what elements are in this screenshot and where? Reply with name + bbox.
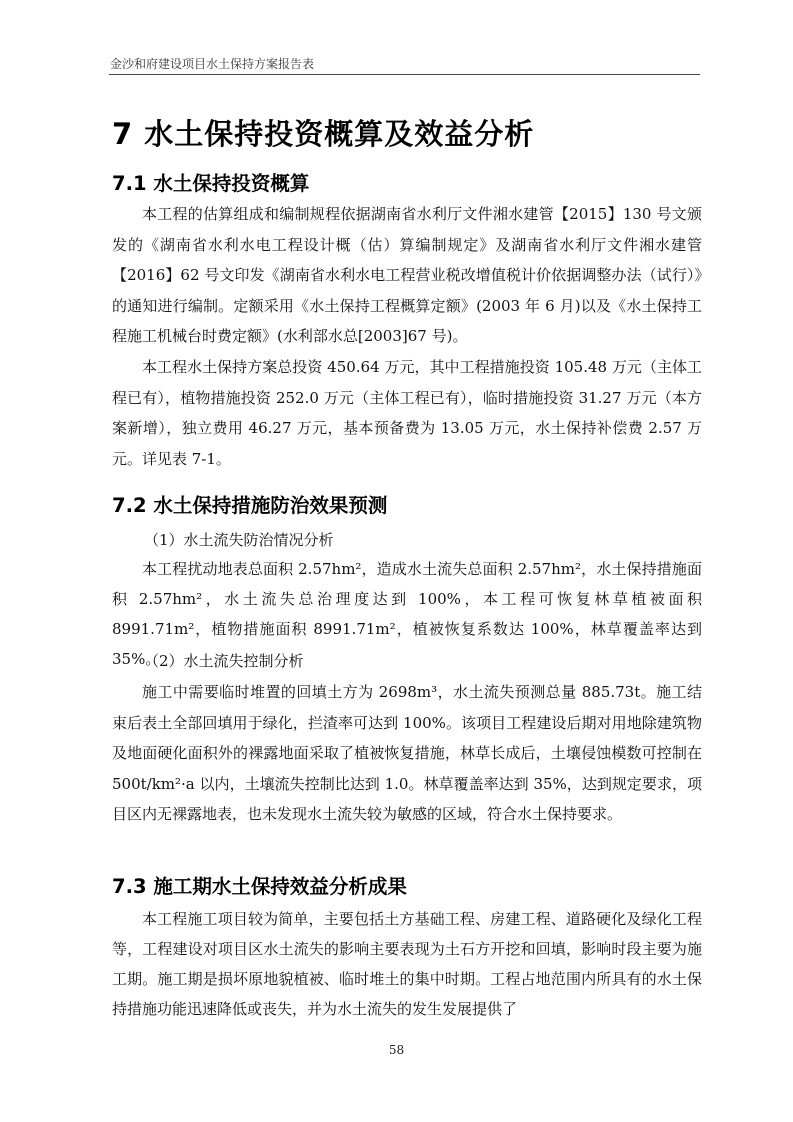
subsection-title-1: （1）水土流失防治情况分析 [144, 527, 334, 553]
page-number: 58 [0, 1043, 793, 1057]
section-title-7-2: 7.2 水土保持措施防治效果预测 [112, 492, 387, 520]
subsection-title-2: （2）水土流失控制分析 [144, 648, 304, 674]
running-header: 金沙和府建设项目水土保持方案报告表 [110, 56, 700, 72]
paragraph-total-investment: 本工程水土保持方案总投资 450.64 万元，其中工程措施投资 105.48 万… [112, 352, 702, 474]
section-title-7-1: 7.1 水土保持投资概算 [112, 170, 309, 198]
header-divider [109, 74, 700, 75]
paragraph-estimate-basis: 本工程的估算组成和编制规程依据湖南省水利厅文件湘水建管【2015】130 号文颁… [112, 199, 702, 352]
paragraph-control-analysis: 施工中需要临时堆置的回填土方为 2698m³，水土流失预测总量 885.73t。… [112, 677, 702, 830]
paragraph-construction-benefit: 本工程施工项目较为简单，主要包括土方基础工程、房建工程、道路硬化及绿化工程等，工… [112, 904, 702, 1024]
section-title-7-3: 7.3 施工期水土保持效益分析成果 [112, 873, 407, 901]
chapter-title: 7 水土保持投资概算及效益分析 [112, 114, 534, 154]
